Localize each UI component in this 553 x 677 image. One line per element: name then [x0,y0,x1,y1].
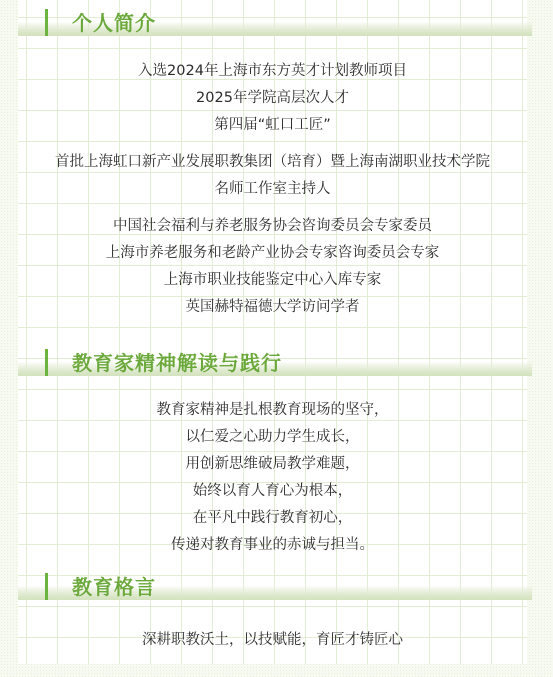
spirit-line: 用创新思维破局教学难题， [18,451,527,478]
spirit-line: 传递对教育事业的赤诚与担当。 [18,532,527,559]
section-header-educator-spirit: 教育家精神解读与践行 [18,346,532,376]
profile-line: 第四届“虹口工匠” [18,112,527,139]
spirit-line: 在平凡中践行教育初心， [18,505,527,532]
section-title: 教育格言 [72,571,156,600]
section-title: 个人简介 [72,7,156,36]
section-header-profile: 个人简介 [18,6,532,36]
profile-group: 中国社会福利与养老服务协会咨询委员会专家委员 上海市养老服务和老龄产业协会专家咨… [18,213,527,321]
profile-group: 首批上海虹口新产业发展职教集团（培育）暨上海南湖职业技术学院 名师工作室主持人 [18,149,527,203]
profile-line: 名师工作室主持人 [18,176,527,203]
profile-group: 入选2024年上海市东方英才计划教师项目 2025年学院高层次人才 第四届“虹口… [18,58,527,139]
profile-line: 中国社会福利与养老服务协会咨询委员会专家委员 [18,213,527,240]
accent-bar [45,9,48,36]
accent-bar [45,573,48,600]
profile-content: 入选2024年上海市东方英才计划教师项目 2025年学院高层次人才 第四届“虹口… [18,58,527,321]
profile-line: 上海市养老服务和老龄产业协会专家咨询委员会专家 [18,240,527,267]
spirit-line: 始终以育人育心为根本， [18,478,527,505]
spirit-line: 教育家精神是扎根教育现场的坚守， [18,397,527,424]
motto-line: 深耕职教沃土，以技赋能，育匠才铸匠心 [18,627,527,654]
section-title: 教育家精神解读与践行 [72,347,282,376]
profile-line: 2025年学院高层次人才 [18,85,527,112]
educator-spirit-content: 教育家精神是扎根教育现场的坚守， 以仁爱之心助力学生成长， 用创新思维破局教学难… [18,397,527,559]
section-header-motto: 教育格言 [18,570,532,600]
spirit-line: 以仁爱之心助力学生成长， [18,424,527,451]
profile-line: 入选2024年上海市东方英才计划教师项目 [18,58,527,85]
profile-line: 上海市职业技能鉴定中心入库专家 [18,267,527,294]
accent-bar [45,349,48,376]
profile-line: 首批上海虹口新产业发展职教集团（培育）暨上海南湖职业技术学院 [18,149,527,176]
profile-line: 英国赫特福德大学访问学者 [18,294,527,321]
motto-content: 深耕职教沃土，以技赋能，育匠才铸匠心 [18,627,527,654]
